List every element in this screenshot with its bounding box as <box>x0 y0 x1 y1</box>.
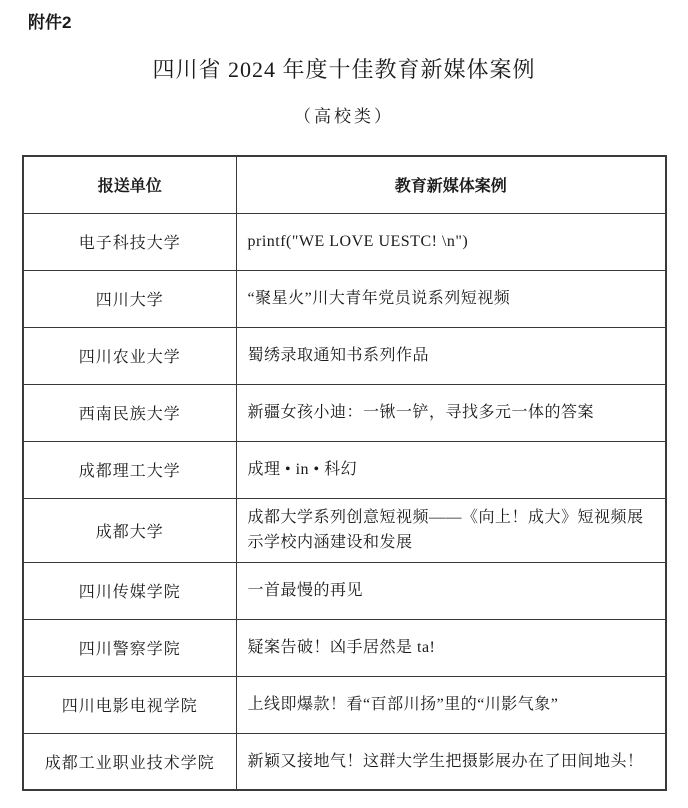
page-title: 四川省 2024 年度十佳教育新媒体案例 <box>0 53 688 84</box>
table-row: 四川农业大学 蜀绣录取通知书系列作品 <box>23 327 666 384</box>
table-row: 四川传媒学院 一首最慢的再见 <box>23 562 666 619</box>
attachment-label: 附件2 <box>28 8 71 33</box>
table-row: 成都理工大学 成理 • in • 科幻 <box>23 441 666 498</box>
unit-cell: 成都理工大学 <box>23 441 236 498</box>
table-header-row: 报送单位 教育新媒体案例 <box>23 156 666 213</box>
header-cell-unit: 报送单位 <box>23 156 236 213</box>
unit-cell: 四川大学 <box>23 270 236 327</box>
table-row: 成都大学 成都大学系列创意短视频——《向上！成大》短视频展示学校内涵建设和发展 <box>23 498 666 562</box>
case-cell: “聚星火”川大青年党员说系列短视频 <box>236 270 666 327</box>
document-page: 附件2 四川省 2024 年度十佳教育新媒体案例 （高校类） 报送单位 教育新媒… <box>0 0 688 808</box>
header-cell-case: 教育新媒体案例 <box>236 156 666 213</box>
unit-cell: 四川电影电视学院 <box>23 676 236 733</box>
case-cell: 上线即爆款！看“百部川扬”里的“川影气象” <box>236 676 666 733</box>
case-cell: 新颖又接地气！这群大学生把摄影展办在了田间地头！ <box>236 733 666 790</box>
unit-cell: 四川警察学院 <box>23 619 236 676</box>
case-table: 报送单位 教育新媒体案例 电子科技大学 printf("WE LOVE UEST… <box>22 155 667 791</box>
unit-cell: 成都工业职业技术学院 <box>23 733 236 790</box>
table-row: 四川大学 “聚星火”川大青年党员说系列短视频 <box>23 270 666 327</box>
case-cell: 疑案告破！凶手居然是 ta! <box>236 619 666 676</box>
table-row: 西南民族大学 新疆女孩小迪：一锹一铲，寻找多元一体的答案 <box>23 384 666 441</box>
table-row: 四川电影电视学院 上线即爆款！看“百部川扬”里的“川影气象” <box>23 676 666 733</box>
case-table-body: 电子科技大学 printf("WE LOVE UESTC! \n") 四川大学 … <box>23 213 666 790</box>
unit-cell: 四川农业大学 <box>23 327 236 384</box>
unit-cell: 四川传媒学院 <box>23 562 236 619</box>
table-row: 成都工业职业技术学院 新颖又接地气！这群大学生把摄影展办在了田间地头！ <box>23 733 666 790</box>
page-subtitle: （高校类） <box>0 102 688 127</box>
case-cell: 成理 • in • 科幻 <box>236 441 666 498</box>
unit-cell: 西南民族大学 <box>23 384 236 441</box>
table-row: 电子科技大学 printf("WE LOVE UESTC! \n") <box>23 213 666 270</box>
case-cell: 新疆女孩小迪：一锹一铲，寻找多元一体的答案 <box>236 384 666 441</box>
unit-cell: 成都大学 <box>23 498 236 562</box>
case-cell: 一首最慢的再见 <box>236 562 666 619</box>
case-table-head: 报送单位 教育新媒体案例 <box>23 156 666 213</box>
case-cell: printf("WE LOVE UESTC! \n") <box>236 213 666 270</box>
case-cell: 成都大学系列创意短视频——《向上！成大》短视频展示学校内涵建设和发展 <box>236 498 666 562</box>
case-cell: 蜀绣录取通知书系列作品 <box>236 327 666 384</box>
table-row: 四川警察学院 疑案告破！凶手居然是 ta! <box>23 619 666 676</box>
unit-cell: 电子科技大学 <box>23 213 236 270</box>
